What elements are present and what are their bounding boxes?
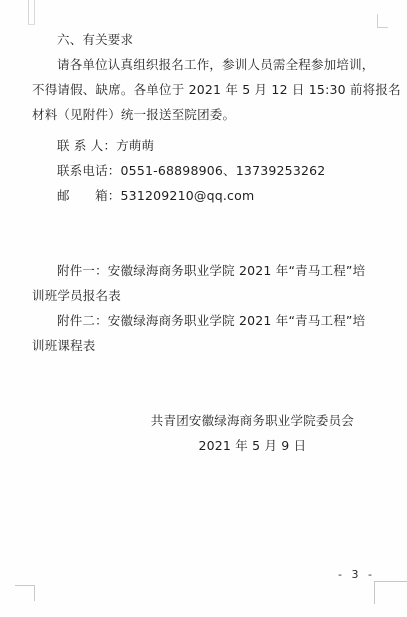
contact-phone-value: 0551-68898906、13739253262 [121, 163, 326, 178]
paragraph-line: 材料（见附件）统一报送至院团委。 [32, 102, 378, 127]
page-number: - 3 - [338, 566, 375, 584]
document-body: 六、有关要求 请各单位认真组织报名工作，参训人员需全程参加培训， 不得请假、缺席… [32, 27, 378, 458]
paragraph-line: 不得请假、缺席。各单位于 2021 年 5 月 12 日 15:30 前将报名 [32, 77, 378, 102]
scanned-document-page: 六、有关要求 请各单位认真组织报名工作，参训人员需全程参加培训， 不得请假、缺席… [0, 0, 407, 617]
contact-email-line: 邮 箱：531209210@qq.com [32, 183, 378, 208]
signature-organization: 共青团安徽绿海商务职业学院委员会 [151, 408, 354, 433]
attachment-2-line: 附件二：安徽绿海商务职业学院 2021 年“青马工程”培 [32, 308, 378, 333]
attachment-2-line: 训班课程表 [32, 333, 378, 358]
contact-phone-label: 联系电话： [57, 163, 121, 178]
scan-artifact-bottom-left [15, 585, 35, 601]
attachment-1-line: 训班学员报名表 [32, 283, 378, 308]
contact-person-line: 联 系 人：方萌萌 [32, 133, 378, 158]
attachment-1-line: 附件一：安徽绿海商务职业学院 2021 年“青马工程”培 [32, 258, 378, 283]
signature-date: 2021 年 5 月 9 日 [151, 433, 354, 458]
signature-block: 共青团安徽绿海商务职业学院委员会 2021 年 5 月 9 日 [151, 408, 354, 458]
contact-phone-line: 联系电话：0551-68898906、13739253262 [32, 158, 378, 183]
section-heading: 六、有关要求 [32, 27, 378, 52]
scan-artifact-bottom-right [374, 581, 407, 604]
scan-artifact-top-right [377, 14, 388, 28]
contact-block: 联 系 人：方萌萌 联系电话：0551-68898906、13739253262… [32, 133, 378, 208]
contact-person-value: 方萌萌 [116, 138, 154, 153]
paragraph-line: 请各单位认真组织报名工作，参训人员需全程参加培训， [32, 52, 378, 77]
contact-person-label: 联 系 人： [57, 138, 116, 153]
requirements-paragraph: 请各单位认真组织报名工作，参训人员需全程参加培训， 不得请假、缺席。各单位于 2… [32, 52, 378, 127]
contact-email-value: 531209210@qq.com [121, 188, 255, 203]
contact-email-label: 邮 箱： [57, 188, 121, 203]
scan-artifact-top-left [28, 0, 35, 25]
attachment-list: 附件一：安徽绿海商务职业学院 2021 年“青马工程”培 训班学员报名表 附件二… [32, 258, 378, 358]
